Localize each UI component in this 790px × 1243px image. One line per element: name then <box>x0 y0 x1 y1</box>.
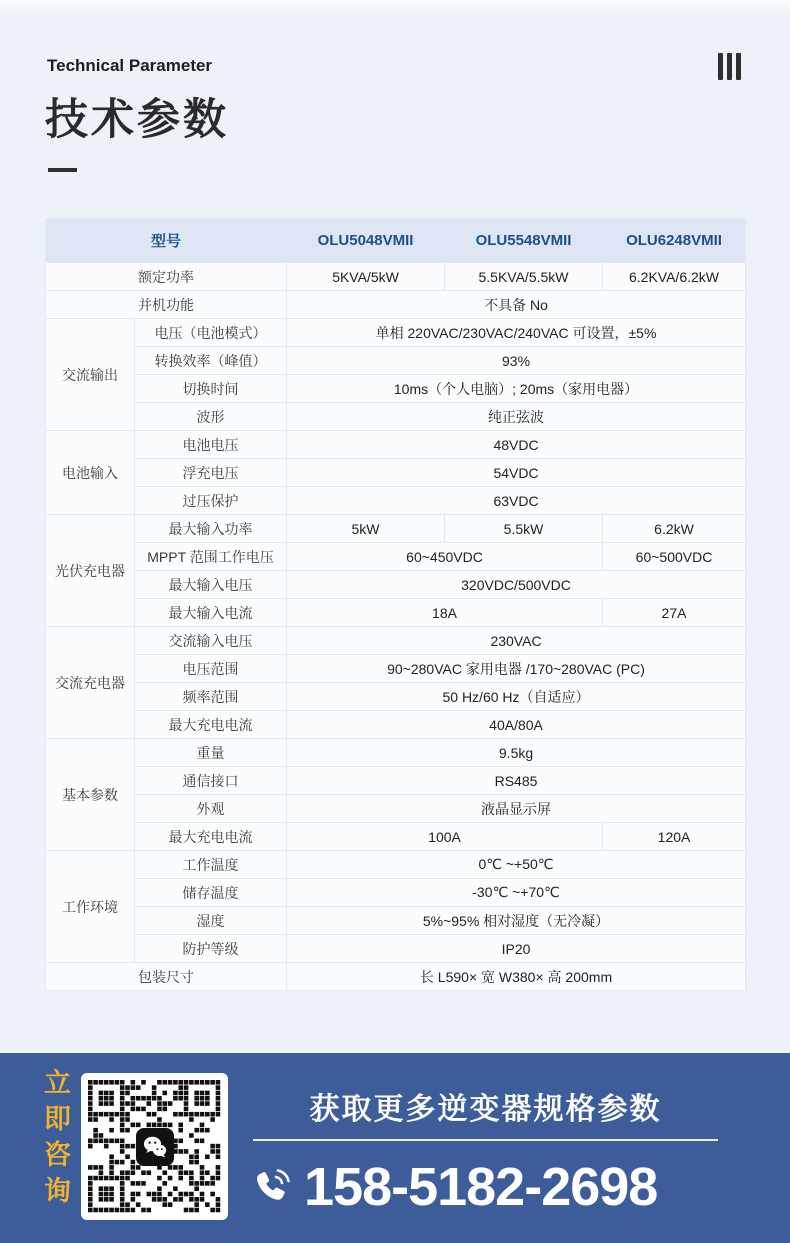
table-row: 额定功率5KVA/5kW5.5KVA/5.5kW6.2KVA/6.2kW <box>46 263 746 291</box>
param-value-cell: 100A <box>287 823 603 851</box>
model-header-row: 型号OLU5048VMIIOLU5548VMIIOLU6248VMII <box>46 219 746 263</box>
table-row: 基本参数重量9.5kg <box>46 739 746 767</box>
model-name-header: OLU5548VMII <box>445 219 603 263</box>
param-label-cell: 重量 <box>135 739 287 767</box>
group-cell: 工作环境 <box>46 851 135 963</box>
subtitle-english: Technical Parameter <box>47 56 212 76</box>
group-cell: 光伏充电器 <box>46 515 135 627</box>
param-value-cell: 93% <box>287 347 746 375</box>
page-title: 技术参数 <box>45 86 229 147</box>
param-value-cell: 40A/80A <box>287 711 746 739</box>
param-value-cell: 120A <box>603 823 746 851</box>
param-value-cell: 单相 220VAC/230VAC/240VAC 可设置，±5% <box>287 319 746 347</box>
spec-table-header: 型号OLU5048VMIIOLU5548VMIIOLU6248VMII <box>46 219 746 263</box>
param-value-cell: 320VDC/500VDC <box>287 571 746 599</box>
param-label-cell: 湿度 <box>135 907 287 935</box>
param-value-cell: 5kW <box>287 515 445 543</box>
triple-bars-icon <box>718 53 741 80</box>
table-row: 外观液晶显示屏 <box>46 795 746 823</box>
table-row: 包装尺寸长 L590× 宽 W380× 高 200mm <box>46 963 746 991</box>
qr-pattern <box>88 1080 221 1213</box>
param-label-cell: 通信接口 <box>135 767 287 795</box>
param-label-cell: 最大充电电流 <box>135 823 287 851</box>
param-label-cell: 并机功能 <box>46 291 287 319</box>
table-row: 波形纯正弦波 <box>46 403 746 431</box>
cta-vertical-text: 立即咨询 <box>36 1068 75 1230</box>
param-value-cell: IP20 <box>287 935 746 963</box>
model-name-header: OLU5048VMII <box>287 219 445 263</box>
param-label-cell: 波形 <box>135 403 287 431</box>
param-value-cell: 54VDC <box>287 459 746 487</box>
param-label-cell: 额定功率 <box>46 263 287 291</box>
phone-row: 158-5182-2698 <box>250 1151 745 1223</box>
param-value-cell: 9.5kg <box>287 739 746 767</box>
param-label-cell: 电压（电池模式） <box>135 319 287 347</box>
param-value-cell: 5%~95% 相对湿度（无冷凝） <box>287 907 746 935</box>
table-row: 浮充电压54VDC <box>46 459 746 487</box>
param-value-cell: 液晶显示屏 <box>287 795 746 823</box>
table-row: 最大输入电流18A27A <box>46 599 746 627</box>
group-cell: 基本参数 <box>46 739 135 851</box>
param-label-cell: 浮充电压 <box>135 459 287 487</box>
spec-table: 型号OLU5048VMIIOLU5548VMIIOLU6248VMII 额定功率… <box>45 218 746 991</box>
table-row: 防护等级IP20 <box>46 935 746 963</box>
table-row: 电压范围90~280VAC 家用电器 /170~280VAC (PC) <box>46 655 746 683</box>
model-label-header: 型号 <box>46 219 287 263</box>
table-row: 通信接口RS485 <box>46 767 746 795</box>
param-value-cell: -30℃ ~+70℃ <box>287 879 746 907</box>
param-value-cell: 5.5KVA/5.5kW <box>445 263 603 291</box>
group-cell: 交流输出 <box>46 319 135 431</box>
param-value-cell: RS485 <box>287 767 746 795</box>
table-row: 交流输出电压（电池模式）单相 220VAC/230VAC/240VAC 可设置，… <box>46 319 746 347</box>
table-row: 并机功能不具备 No <box>46 291 746 319</box>
promo-text: 获取更多逆变器规格参数 <box>253 1084 718 1128</box>
param-label-cell: 最大输入功率 <box>135 515 287 543</box>
param-label-cell: 最大输入电流 <box>135 599 287 627</box>
table-row: 交流充电器交流输入电压230VAC <box>46 627 746 655</box>
table-row: 最大充电电流40A/80A <box>46 711 746 739</box>
table-row: 储存温度-30℃ ~+70℃ <box>46 879 746 907</box>
spec-sheet-page: Technical Parameter 技术参数 型号OLU5048VMIIOL… <box>0 0 790 1243</box>
param-label-cell: 交流输入电压 <box>135 627 287 655</box>
phone-icon <box>250 1165 294 1209</box>
param-label-cell: 工作温度 <box>135 851 287 879</box>
param-value-cell: 27A <box>603 599 746 627</box>
wechat-icon <box>136 1128 174 1166</box>
param-value-cell: 48VDC <box>287 431 746 459</box>
param-label-cell: 切换时间 <box>135 375 287 403</box>
table-row: 光伏充电器最大输入功率5kW5.5kW6.2kW <box>46 515 746 543</box>
table-row: 电池输入电池电压48VDC <box>46 431 746 459</box>
param-value-cell: 6.2KVA/6.2kW <box>603 263 746 291</box>
bar <box>718 53 723 80</box>
contact-banner: 立即咨询 获取更多逆变器规格参数 <box>0 1053 790 1243</box>
param-value-cell: 5KVA/5kW <box>287 263 445 291</box>
divider-line <box>253 1139 718 1141</box>
param-value-cell: 10ms（个人电脑）; 20ms（家用电器） <box>287 375 746 403</box>
param-label-cell: 最大充电电流 <box>135 711 287 739</box>
phone-number: 158-5182-2698 <box>304 1156 657 1218</box>
param-label-cell: 频率范围 <box>135 683 287 711</box>
table-row: 过压保护63VDC <box>46 487 746 515</box>
param-value-cell: 长 L590× 宽 W380× 高 200mm <box>287 963 746 991</box>
param-value-cell: 60~500VDC <box>603 543 746 571</box>
bar <box>736 53 741 80</box>
param-value-cell: 5.5kW <box>445 515 603 543</box>
param-label-cell: 包装尺寸 <box>46 963 287 991</box>
model-name-header: OLU6248VMII <box>603 219 746 263</box>
table-row: 转换效率（峰值）93% <box>46 347 746 375</box>
group-cell: 交流充电器 <box>46 627 135 739</box>
group-cell: 电池输入 <box>46 431 135 515</box>
table-row: 切换时间10ms（个人电脑）; 20ms（家用电器） <box>46 375 746 403</box>
param-label-cell: MPPT 范围工作电压 <box>135 543 287 571</box>
param-value-cell: 纯正弦波 <box>287 403 746 431</box>
param-value-cell: 230VAC <box>287 627 746 655</box>
table-row: 最大输入电压320VDC/500VDC <box>46 571 746 599</box>
param-label-cell: 最大输入电压 <box>135 571 287 599</box>
table-row: 最大充电电流100A120A <box>46 823 746 851</box>
param-value-cell: 18A <box>287 599 603 627</box>
param-value-cell: 不具备 No <box>287 291 746 319</box>
title-underline <box>48 168 77 172</box>
param-label-cell: 电池电压 <box>135 431 287 459</box>
param-value-cell: 0℃ ~+50℃ <box>287 851 746 879</box>
table-row: 工作环境工作温度0℃ ~+50℃ <box>46 851 746 879</box>
param-label-cell: 电压范围 <box>135 655 287 683</box>
spec-table-body: 额定功率5KVA/5kW5.5KVA/5.5kW6.2KVA/6.2kW并机功能… <box>46 263 746 991</box>
param-value-cell: 90~280VAC 家用电器 /170~280VAC (PC) <box>287 655 746 683</box>
table-row: 频率范围50 Hz/60 Hz（自适应） <box>46 683 746 711</box>
table-row: 湿度5%~95% 相对湿度（无冷凝） <box>46 907 746 935</box>
param-value-cell: 50 Hz/60 Hz（自适应） <box>287 683 746 711</box>
param-label-cell: 防护等级 <box>135 935 287 963</box>
table-row: MPPT 范围工作电压60~450VDC60~500VDC <box>46 543 746 571</box>
param-label-cell: 外观 <box>135 795 287 823</box>
param-value-cell: 63VDC <box>287 487 746 515</box>
param-label-cell: 转换效率（峰值） <box>135 347 287 375</box>
bar <box>727 53 732 80</box>
param-value-cell: 6.2kW <box>603 515 746 543</box>
param-label-cell: 过压保护 <box>135 487 287 515</box>
param-label-cell: 储存温度 <box>135 879 287 907</box>
param-value-cell: 60~450VDC <box>287 543 603 571</box>
wechat-qr-code <box>81 1073 228 1220</box>
